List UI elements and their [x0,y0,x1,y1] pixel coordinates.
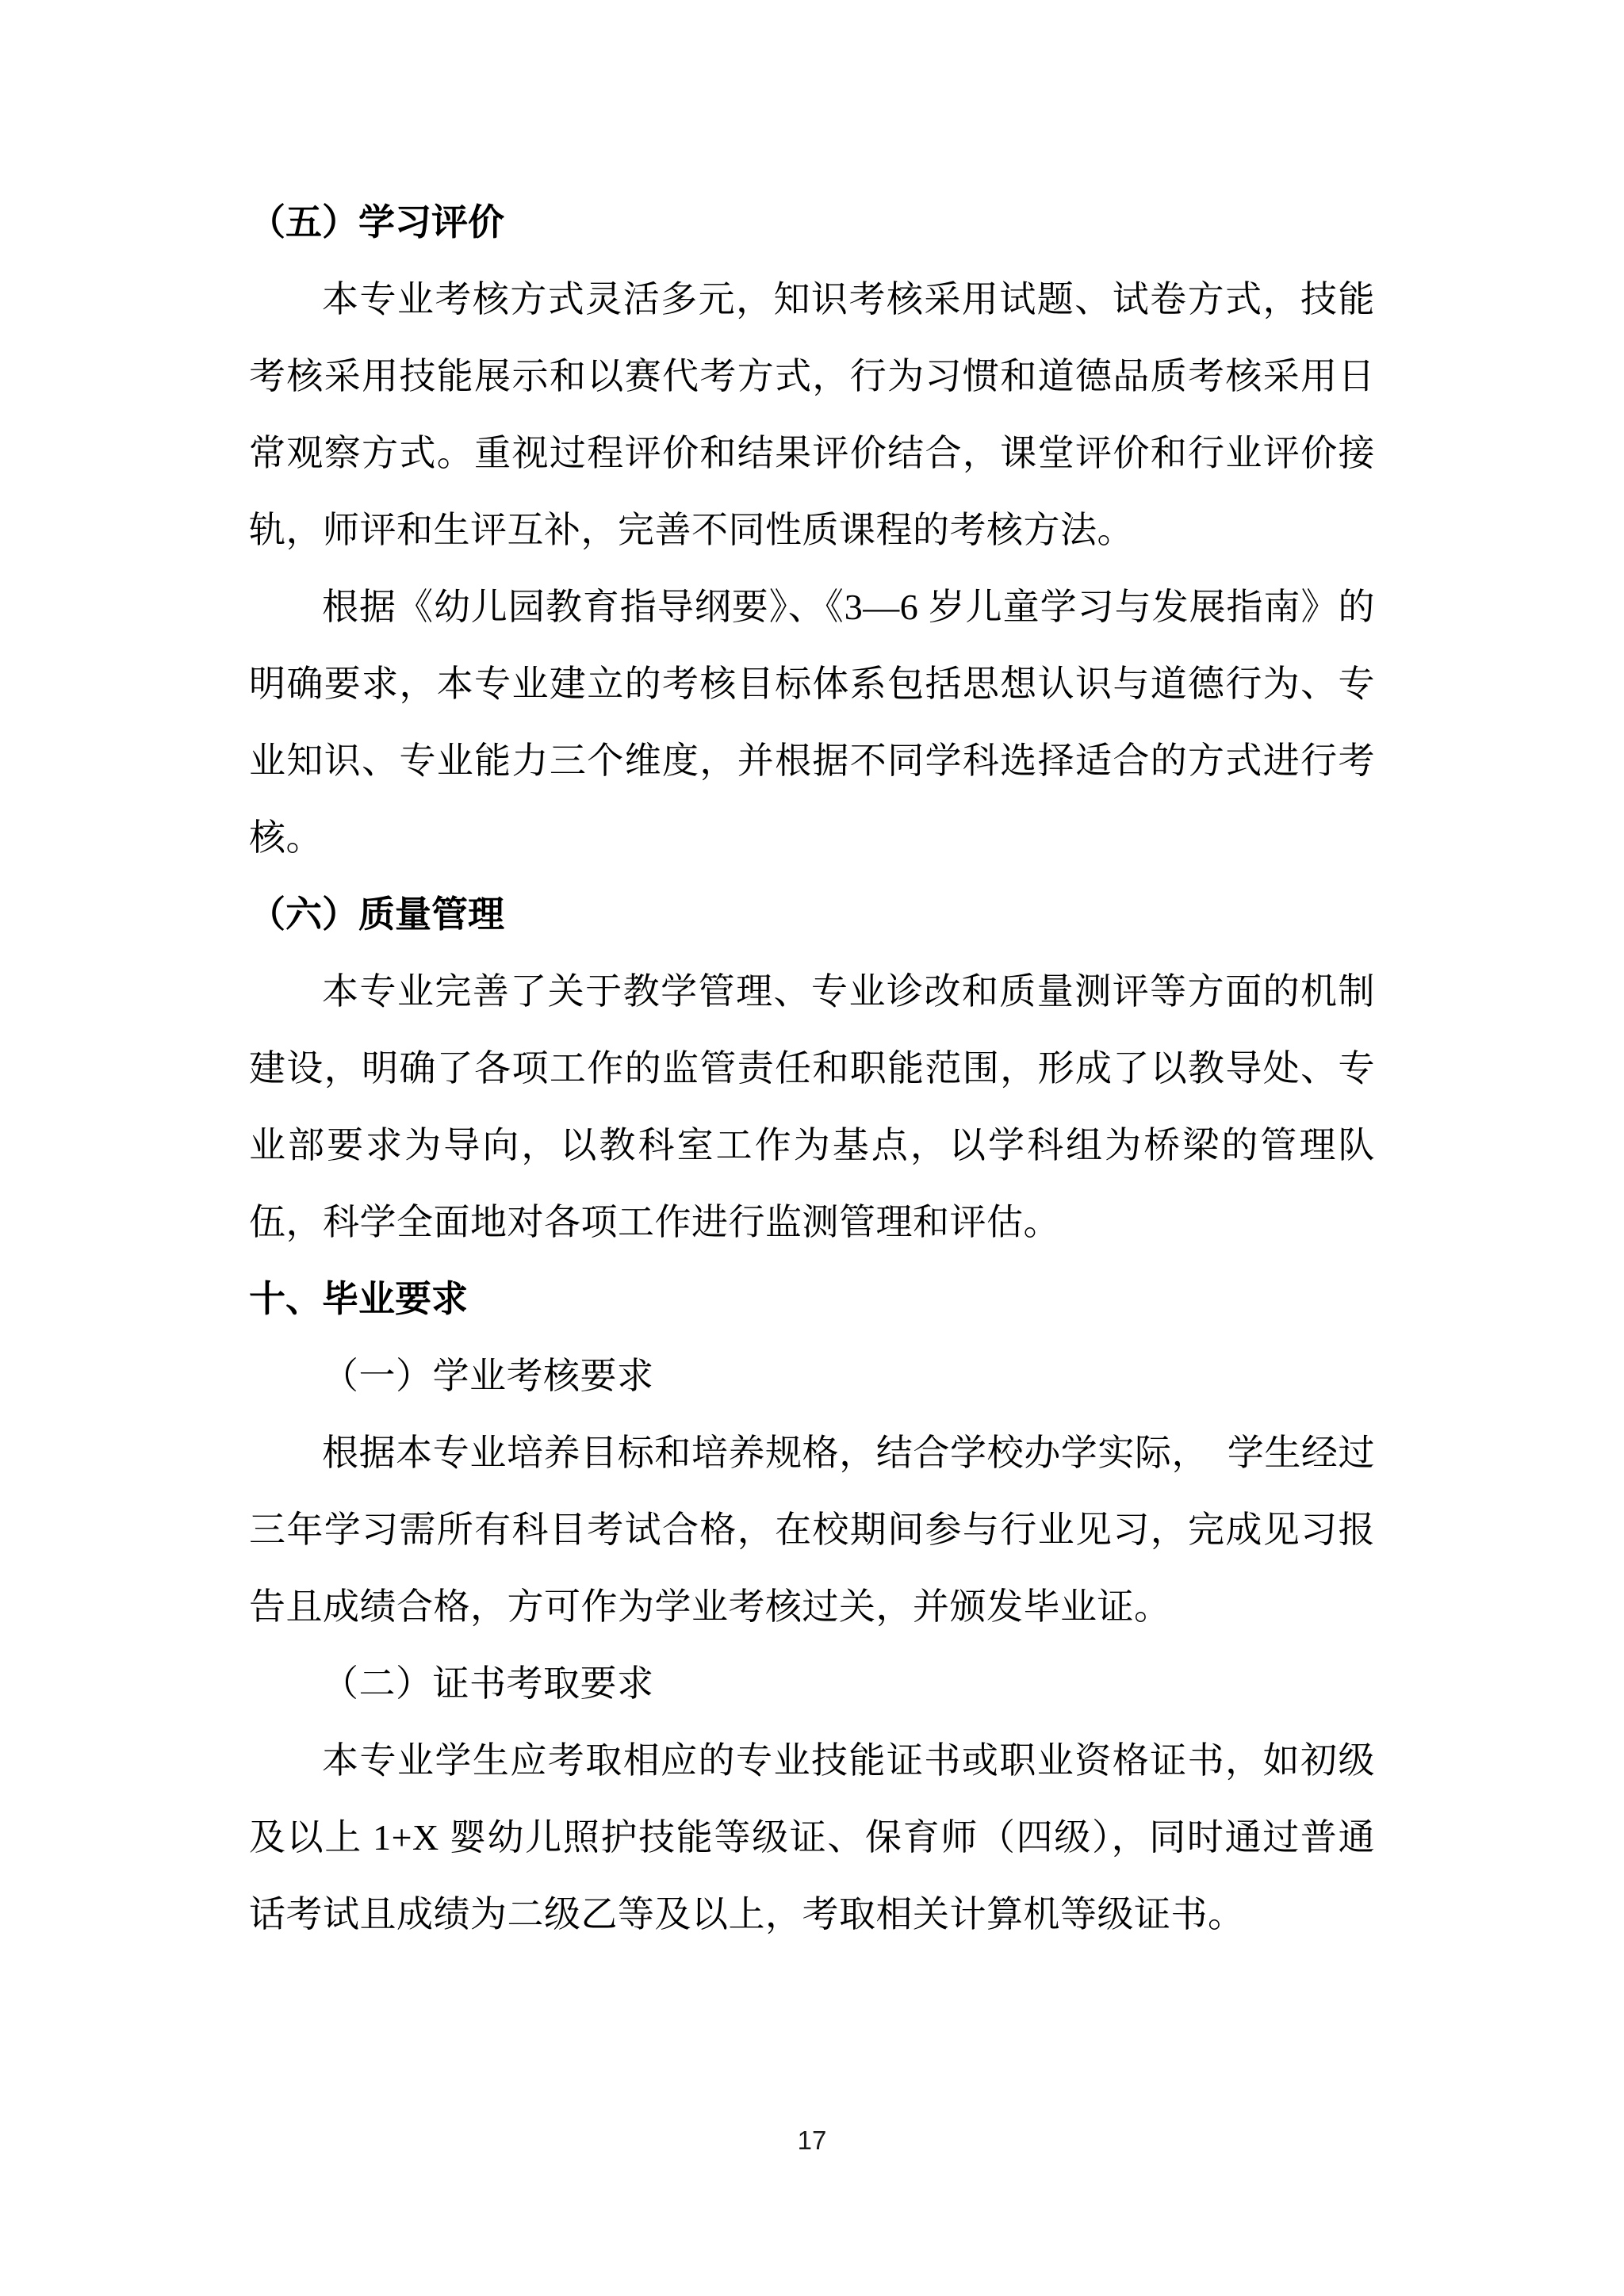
section-heading-quality-management: （六）质量管理 [249,876,1375,953]
body-paragraph-certificate-requirements: 本专业学生应考取相应的专业技能证书或职业资格证书，如初级及以上 1+X 婴幼儿照… [249,1722,1375,1953]
body-paragraph-quality-mechanism: 本专业完善了关于教学管理、专业诊改和质量测评等方面的机制建设，明确了各项工作的监… [249,953,1375,1261]
section-heading-learning-evaluation: （五）学习评价 [249,184,1375,261]
sub-heading-academic-assessment: （一）学业考核要求 [249,1337,1375,1414]
body-paragraph-academic-assessment: 根据本专业培养目标和培养规格，结合学校办学实际， 学生经过三年学习需所有科目考试… [249,1414,1375,1645]
page-number: 17 [0,2125,1624,2156]
body-paragraph-evaluation-dimensions: 根据《幼儿园教育指导纲要》、《3—6 岁儿童学习与发展指南》的明确要求，本专业建… [249,568,1375,876]
section-heading-graduation-requirements: 十、毕业要求 [249,1261,1375,1337]
page-content: （五）学习评价 本专业考核方式灵活多元，知识考核采用试题、试卷方式，技能考核采用… [249,184,1375,1953]
body-paragraph-evaluation-methods: 本专业考核方式灵活多元，知识考核采用试题、试卷方式，技能考核采用技能展示和以赛代… [249,261,1375,568]
document-page: （五）学习评价 本专业考核方式灵活多元，知识考核采用试题、试卷方式，技能考核采用… [0,0,1624,2296]
sub-heading-certificate-requirements: （二）证书考取要求 [249,1645,1375,1722]
